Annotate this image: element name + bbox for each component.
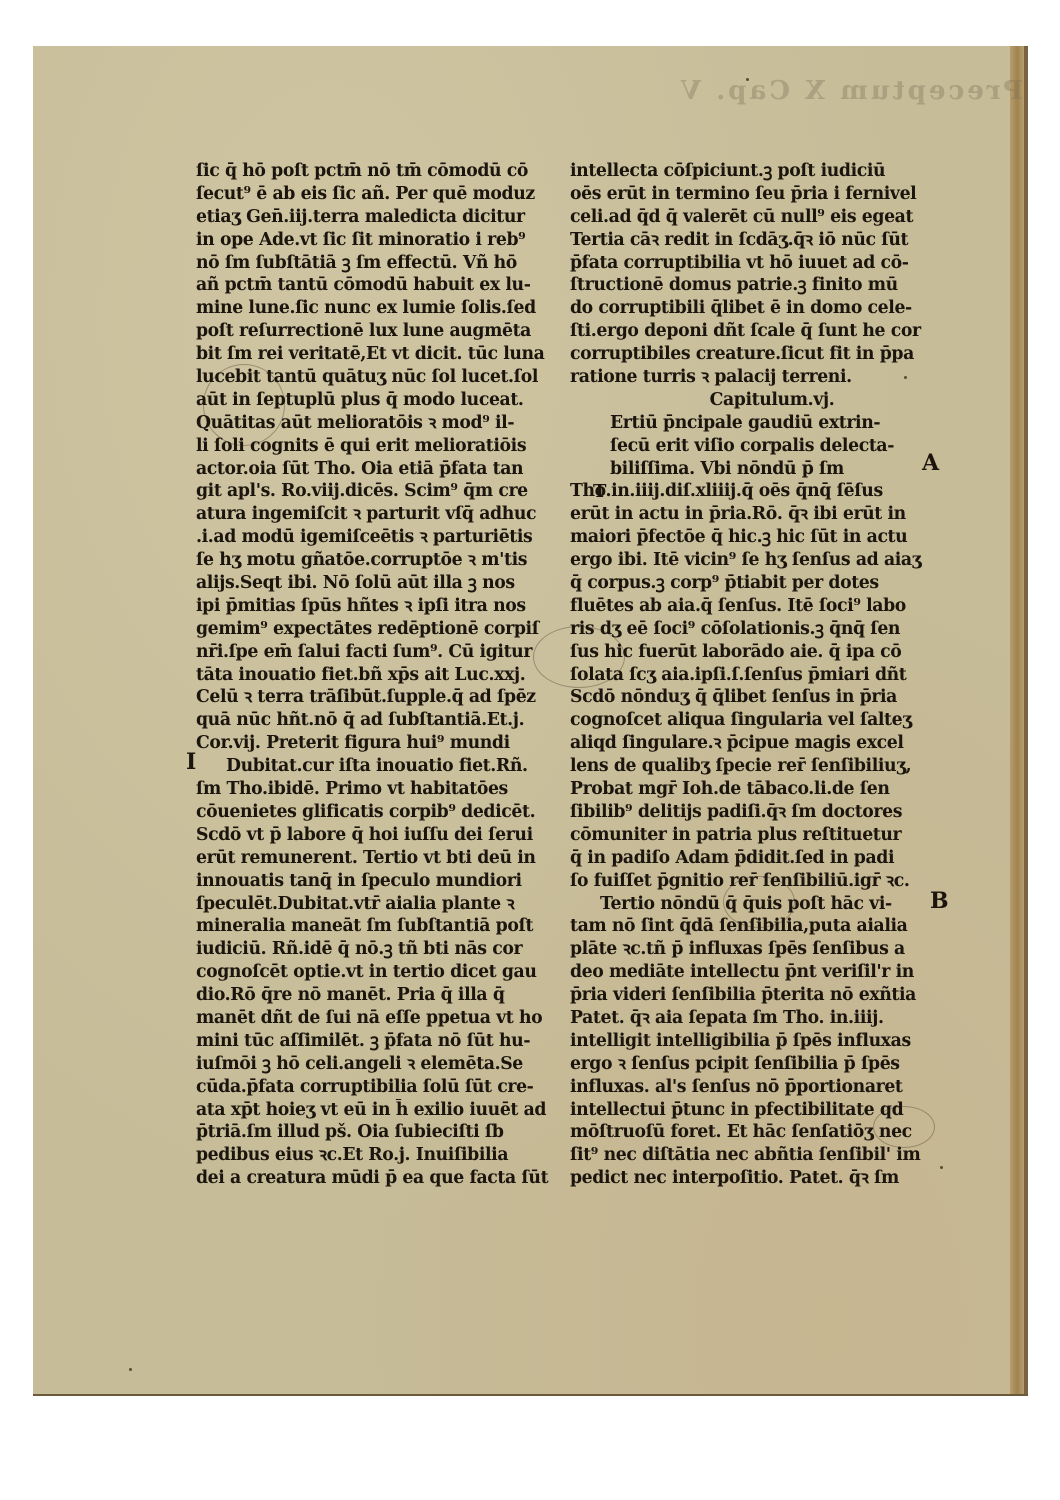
text-line: gemim⁹ expectātes redēptionē corpiſ bbox=[196, 618, 573, 641]
text-line: erūt remunerent. Tertio vt bti deū in bbox=[196, 847, 573, 870]
text-line: Scdō nōnduʒ q̄ q̄libet ſenſus in p̄ria bbox=[570, 686, 944, 709]
text-line: p̄ria videri ſenſibilia p̄terita nō exñt… bbox=[570, 984, 944, 1007]
text-line: Quātitas aūt melioratōis ꝛ mod⁹ il- bbox=[196, 412, 573, 435]
text-line: Celū ꝛ terra trāſibūt.ſupple.q̄ ad ſpēz bbox=[196, 686, 573, 709]
text-line: celi.ad q̄d q̄ valerēt cū null⁹ eis egea… bbox=[570, 206, 944, 229]
text-line: cognoſcet aliqua ſingularia vel ſalteʒ bbox=[570, 709, 944, 732]
text-line: influxas. al's ſenſus nō p̄portionaret bbox=[570, 1076, 944, 1099]
text-line: ergo ꝛ ſenſus pcipit ſenſibilia p̄ ſpēs bbox=[570, 1053, 944, 1076]
text-line: actor.oia ſūt Tho. Oia etiā p̄fata tan bbox=[196, 458, 573, 481]
text-line: ſibilib⁹ delitijs padiſi.q̄ꝛ ſm doctores bbox=[570, 801, 944, 824]
running-head-show-through: Preceptum X Cap. V bbox=[603, 76, 1023, 116]
chapter-heading: Capitulum.vj. bbox=[570, 389, 944, 412]
text-line: deo mediāte intellectu p̄nt veriſil'r in bbox=[570, 961, 944, 984]
text-line: aūt in ſeptuplū plus q̄ modo luceat. bbox=[196, 389, 573, 412]
text-line: biliſſima. Vbi nōndū p̄ ſm bbox=[570, 458, 944, 481]
text-line: pedict nec interpoſitio. Patet. q̄ꝛ ſm bbox=[570, 1167, 944, 1190]
text-line: intellecta cōſpiciunt.ꝫ poſt iudiciū bbox=[570, 160, 944, 183]
text-line: p̄fata corruptibilia vt hō iuuet ad cō- bbox=[570, 252, 944, 275]
text-line: ſolata ſcʒ aia.ipſi.ſ.ſenſus p̄miari dñt bbox=[570, 664, 944, 687]
text-line: Tertio nōndū q̄ q̄uis poſt hāc vi- bbox=[570, 893, 944, 916]
text-line: dei a creatura mūdi p̄ ea que facta ſūt bbox=[196, 1167, 573, 1190]
text-line: manēt dñt de ſui nā eſſe ppetua vt ho bbox=[196, 1007, 573, 1030]
text-line: p̄triā.ſm illud pš. Oia ſubieciſti ſb bbox=[196, 1121, 573, 1144]
ink-speck bbox=[129, 1368, 132, 1371]
text-line: li ſoli cognits ē qui erit melioratiōis bbox=[196, 435, 573, 458]
text-line: Ertiū p̄ncipale gaudiū extrin- bbox=[570, 412, 944, 435]
text-line: quā nūc hñt.nō q̄ ad ſubſtantiā.Et.j. bbox=[196, 709, 573, 732]
text-line: ſecut⁹ ē ab eis ſic añ. Per quē moduz bbox=[196, 183, 573, 206]
marginal-letter-i: I bbox=[186, 749, 196, 775]
text-line: mineralia maneāt ſm ſubſtantiā poſt bbox=[196, 915, 573, 938]
text-line: fluētes ab aia.q̄ ſenſus. Itē ſoci⁹ labo bbox=[570, 595, 944, 618]
text-line: q̄ corpus.ꝫ corp⁹ p̄tiabit per dotes bbox=[570, 572, 944, 595]
text-line: Tho.in.iiij.diſ.xliiij.q̄ oēs q̄nq̄ ſēſu… bbox=[570, 480, 944, 503]
text-line: mini tūc aſſimilēt. ꝫ p̄fata nō ſūt hu- bbox=[196, 1030, 573, 1053]
text-line: atura ingemiſcit ꝛ parturit vſq̄ adhuc bbox=[196, 503, 573, 526]
text-line: iuſmōi ꝫ hō celi.angeli ꝛ elemēta.Se bbox=[196, 1053, 573, 1076]
text-line: poſt reſurrectionē lux lune augmēta bbox=[196, 320, 573, 343]
text-line: bit ſm rei veritatē,Et vt dicit. tūc lun… bbox=[196, 343, 573, 366]
text-line: aliqd ſingulare.ꝛ p̄cipue magis excel bbox=[570, 732, 944, 755]
text-line: ſpeculēt.Dubitat.vtr̄ aialia plante ꝛ bbox=[196, 893, 573, 916]
text-column-right: intellecta cōſpiciunt.ꝫ poſt iudiciū oēs… bbox=[570, 160, 944, 1190]
text-line: nō ſm ſubſtātiā ꝫ ſm effectū. Vñ hō bbox=[196, 252, 573, 275]
text-line: iudiciū. Rñ.idē q̄ nō.ꝫ tñ bti nās cor bbox=[196, 938, 573, 961]
text-line: ſm Tho.ibidē. Primo vt habitatōes bbox=[196, 778, 573, 801]
text-line: cōmuniter in patria plus reſtituetur bbox=[570, 824, 944, 847]
text-line: pedibus eius ꝛc.Et Ro.j. Inuiſibilia bbox=[196, 1144, 573, 1167]
text-line: maiori p̄fectōe q̄ hic.ꝫ hic ſūt in actu bbox=[570, 526, 944, 549]
text-line: nr̄i.ſpe em̄ ſalui facti ſum⁹. Cū igitur bbox=[196, 641, 573, 664]
text-line: dio.Rō q̄re nō manēt. Pria q̄ illa q̄ bbox=[196, 984, 573, 1007]
text-line: oēs erūt in termino ſeu p̄ria i fernivel bbox=[570, 183, 944, 206]
text-line: cognoſcēt optie.vt in tertio dicet gau bbox=[196, 961, 573, 984]
text-line: tāta inouatio fiet.bñ xp̄s ait Luc.xxj. bbox=[196, 664, 573, 687]
text-line: ſus hic fuerūt laborādo aie. q̄ ipa cō bbox=[570, 641, 944, 664]
text-line: Scdō vt p̄ labore q̄ hoi iuſſu dei ſerui bbox=[196, 824, 573, 847]
text-line: cōuenietes glificatis corpib⁹ dedicēt. bbox=[196, 801, 573, 824]
text-line: plāte ꝛc.tñ p̄ influxas ſpēs ſenſibus a bbox=[570, 938, 944, 961]
text-line: ſtructionē domus patrie.ꝫ finito mū bbox=[570, 274, 944, 297]
text-line: ipi p̄mitias ſpūs hñtes ꝛ ipſi itra nos bbox=[196, 595, 573, 618]
text-line: lucebit tantū quātuʒ nūc ſol lucet.ſol bbox=[196, 366, 573, 389]
text-line: innouatis tanq̄ in ſpeculo mundiori bbox=[196, 870, 573, 893]
text-line: ergo ibi. Itē vicin⁹ ſe hʒ ſenſus ad aia… bbox=[570, 549, 944, 572]
text-line: in ope Ade.vt ſic ſit minoratio i reb⁹ bbox=[196, 229, 573, 252]
text-line: q̄ in padiſo Adam p̄didit.ſed in padi bbox=[570, 847, 944, 870]
text-line: Dubitat.cur iſta inouatio fiet.Rñ. bbox=[196, 755, 573, 778]
text-line: ris dʒ eē ſoci⁹ cōſolationis.ꝫ q̄nq̄ ſen bbox=[570, 618, 944, 641]
text-line: cūda.p̄fata corruptibilia ſolū ſūt cre- bbox=[196, 1076, 573, 1099]
text-line: alijs.Seqt ibi. Nō ſolū aūt illa ꝫ nos bbox=[196, 572, 573, 595]
text-line: git apl's. Ro.viij.dicēs. Scim⁹ q̄m cre bbox=[196, 480, 573, 503]
text-line: etiaʒ Gen̄.iij.terra maledicta dicitur bbox=[196, 206, 573, 229]
text-line: erūt in actu in p̄ria.Rō. q̄ꝛ ibi erūt i… bbox=[570, 503, 944, 526]
text-line: añ pctm̄ tantū cōmodū habuit ex lu- bbox=[196, 274, 573, 297]
text-line: ſic q̄ hō poſt pctm̄ nō tm̄ cōmodū cō bbox=[196, 160, 573, 183]
text-line: .i.ad modū igemiſceētis ꝛ parturiētis bbox=[196, 526, 573, 549]
text-column-left: ſic q̄ hō poſt pctm̄ nō tm̄ cōmodū cō ſe… bbox=[196, 160, 573, 1190]
text-line: mōſtruoſū foret. Et hāc ſenſatiōʒ nec bbox=[570, 1121, 944, 1144]
text-line: ratione turris ꝛ palacij terreni. bbox=[570, 366, 944, 389]
text-line: Patet. q̄ꝛ aia ſepata ſm Tho. in.iiij. bbox=[570, 1007, 944, 1030]
text-line: intellectui p̄tunc in pfectibilitate qd bbox=[570, 1099, 944, 1122]
text-line: ſecū erit viſio corpalis delecta- bbox=[570, 435, 944, 458]
text-line: corruptibiles creature.ſicut fit in p̄pa bbox=[570, 343, 944, 366]
text-line: mine lune.ſic nunc ex lumie ſolis.ſed bbox=[196, 297, 573, 320]
text-line: ſo fuiſſet p̄gnitio rer̄ ſenſibiliū.igr̄… bbox=[570, 870, 944, 893]
page-fore-edge bbox=[1010, 46, 1028, 1394]
ink-speck bbox=[746, 78, 749, 81]
text-line: lens de qualibʒ ſpecie rer̄ ſenſibiliuʒ, bbox=[570, 755, 944, 778]
text-line: Cor.vij. Preterit figura hui⁹ mundi bbox=[196, 732, 573, 755]
text-line: ſe hʒ motu gñatōe.corruptōe ꝛ m'tis bbox=[196, 549, 573, 572]
text-line: ſit⁹ nec diſtātia nec abñtia ſenſibil' i… bbox=[570, 1144, 944, 1167]
text-line: Probat mgr̄ Ioh.de tābaco.li.de ſen bbox=[570, 778, 944, 801]
text-line: intelligit intelligibilia p̄ ſpēs influx… bbox=[570, 1030, 944, 1053]
text-line: ata xp̄t hoieʒ vt eū in h̄ exilio iuuēt … bbox=[196, 1099, 573, 1122]
text-line: tam nō ſint q̄dā ſenſibilia,puta aialia bbox=[570, 915, 944, 938]
text-line: Tertia cāꝛ redit in ſcdāʒ.q̄ꝛ iō nūc ſūt bbox=[570, 229, 944, 252]
text-line: ſti.ergo deponi dñt ſcale q̄ ſunt he cor bbox=[570, 320, 944, 343]
text-line: do corruptibili q̄libet ē in domo cele- bbox=[570, 297, 944, 320]
